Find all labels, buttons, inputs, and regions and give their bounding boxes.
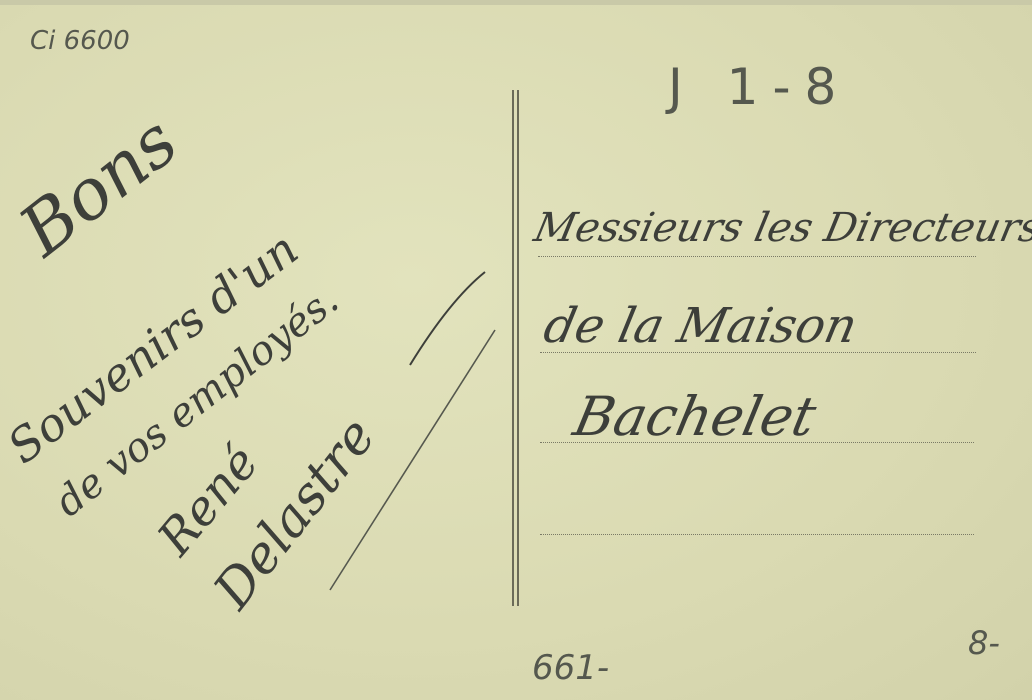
signature-flourish [0,0,1032,700]
postcard: Ci 6600 J 1-8 661- 8- Messieurs les Dire… [0,0,1032,700]
